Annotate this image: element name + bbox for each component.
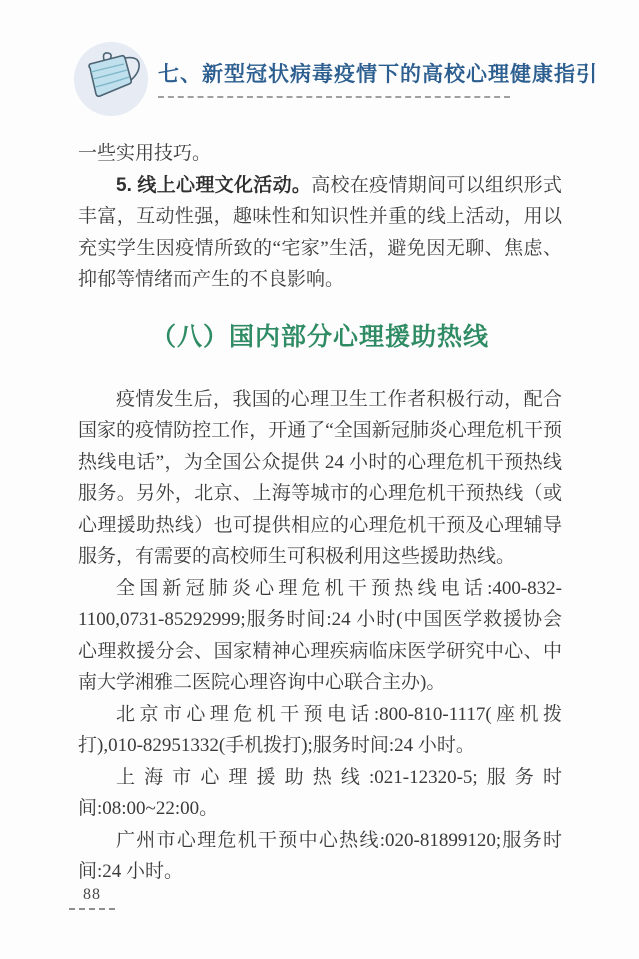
hotline-guangzhou: 广州市心理危机干预中心热线:020-81899120;服务时间:24 小时。	[78, 825, 562, 888]
hotline-national: 全国新冠肺炎心理危机干预热线电话:400-832-1100,0731-85292…	[78, 573, 562, 699]
list-item-5-label: 5. 线上心理文化活动。	[116, 175, 311, 196]
page-number: 88	[62, 886, 122, 904]
chapter-title: 七、新型冠状病毒疫情下的高校心理健康指引	[158, 58, 598, 88]
page-footer: 88	[62, 886, 122, 910]
footer-dashed-rule	[69, 908, 115, 910]
page-header: 七、新型冠状病毒疫情下的高校心理健康指引	[74, 42, 598, 116]
section-heading-hotlines: （八）国内部分心理援助热线	[78, 318, 562, 358]
page-body: 一些实用技巧。 5. 线上心理文化活动。高校在疫情期间可以组织形式丰富，互动性强…	[78, 138, 562, 888]
header-dashed-rule	[158, 96, 510, 98]
paragraph-online-activities: 5. 线上心理文化活动。高校在疫情期间可以组织形式丰富，互动性强，趣味性和知识性…	[78, 170, 562, 296]
hotline-shanghai: 上海市心理援助热线:021-12320-5;服务时间:08:00~22:00。	[78, 762, 562, 825]
paragraph-continuation: 一些实用技巧。	[78, 138, 562, 170]
face-mask-icon	[74, 42, 148, 116]
header-text-block: 七、新型冠状病毒疫情下的高校心理健康指引	[158, 42, 598, 98]
book-page: 七、新型冠状病毒疫情下的高校心理健康指引 一些实用技巧。 5. 线上心理文化活动…	[0, 0, 639, 959]
hotline-beijing: 北京市心理危机干预电话:800-810-1117(座机拨打),010-82951…	[78, 699, 562, 762]
paragraph-hotline-intro: 疫情发生后，我国的心理卫生工作者积极行动，配合国家的疫情防控工作，开通了“全国新…	[78, 384, 562, 573]
